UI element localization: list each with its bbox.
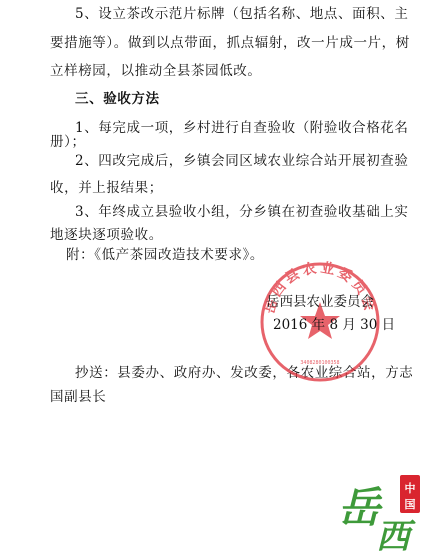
cc-line-2: 国副县长 — [50, 388, 106, 406]
item-2-line-2: 收，并上报结果； — [50, 179, 163, 197]
svg-text:西: 西 — [376, 517, 416, 554]
paragraph-5-line-1: 5、设立茶改示范片标牌（包括名称、地点、面积、主 — [75, 5, 409, 23]
yuexi-china-logo-icon: 中 国 岳 西 — [330, 460, 429, 554]
item-1-line-2: 册）； — [50, 133, 86, 151]
signature-date: 2016 年 8 月 30 日 — [273, 316, 395, 334]
item-2-line-1: 2、四改完成后，乡镇会同区域农业综合站开展初查验 — [75, 152, 409, 170]
section-heading: 三、验收方法 — [75, 90, 160, 108]
item-3-line-1: 3、年终成立县验收小组，分乡镇在初查验收基础上实 — [75, 203, 409, 221]
attachment-line: 附：《低产茶园改造技术要求》。 — [66, 246, 264, 264]
svg-text:3408280100358: 3408280100358 — [300, 360, 339, 366]
svg-text:国: 国 — [405, 497, 416, 511]
document-page: 5、设立茶改示范片标牌（包括名称、地点、面积、主 要措施等）。做到以点带面，抓点… — [0, 0, 429, 554]
svg-text:中: 中 — [405, 481, 416, 495]
paragraph-5-line-2: 要措施等）。做到以点带面，抓点辐射，改一片成一片，树 — [50, 34, 410, 52]
paragraph-5-line-3: 立样榜园，以推动全县茶园低改。 — [50, 62, 262, 80]
signature-org: 岳西县农业委员会 — [266, 293, 374, 311]
item-3-line-2: 地逐块逐项验收。 — [50, 226, 163, 244]
item-1-line-1: 1、每完成一项，乡村进行自查验收（附验收合格花名 — [75, 119, 409, 137]
